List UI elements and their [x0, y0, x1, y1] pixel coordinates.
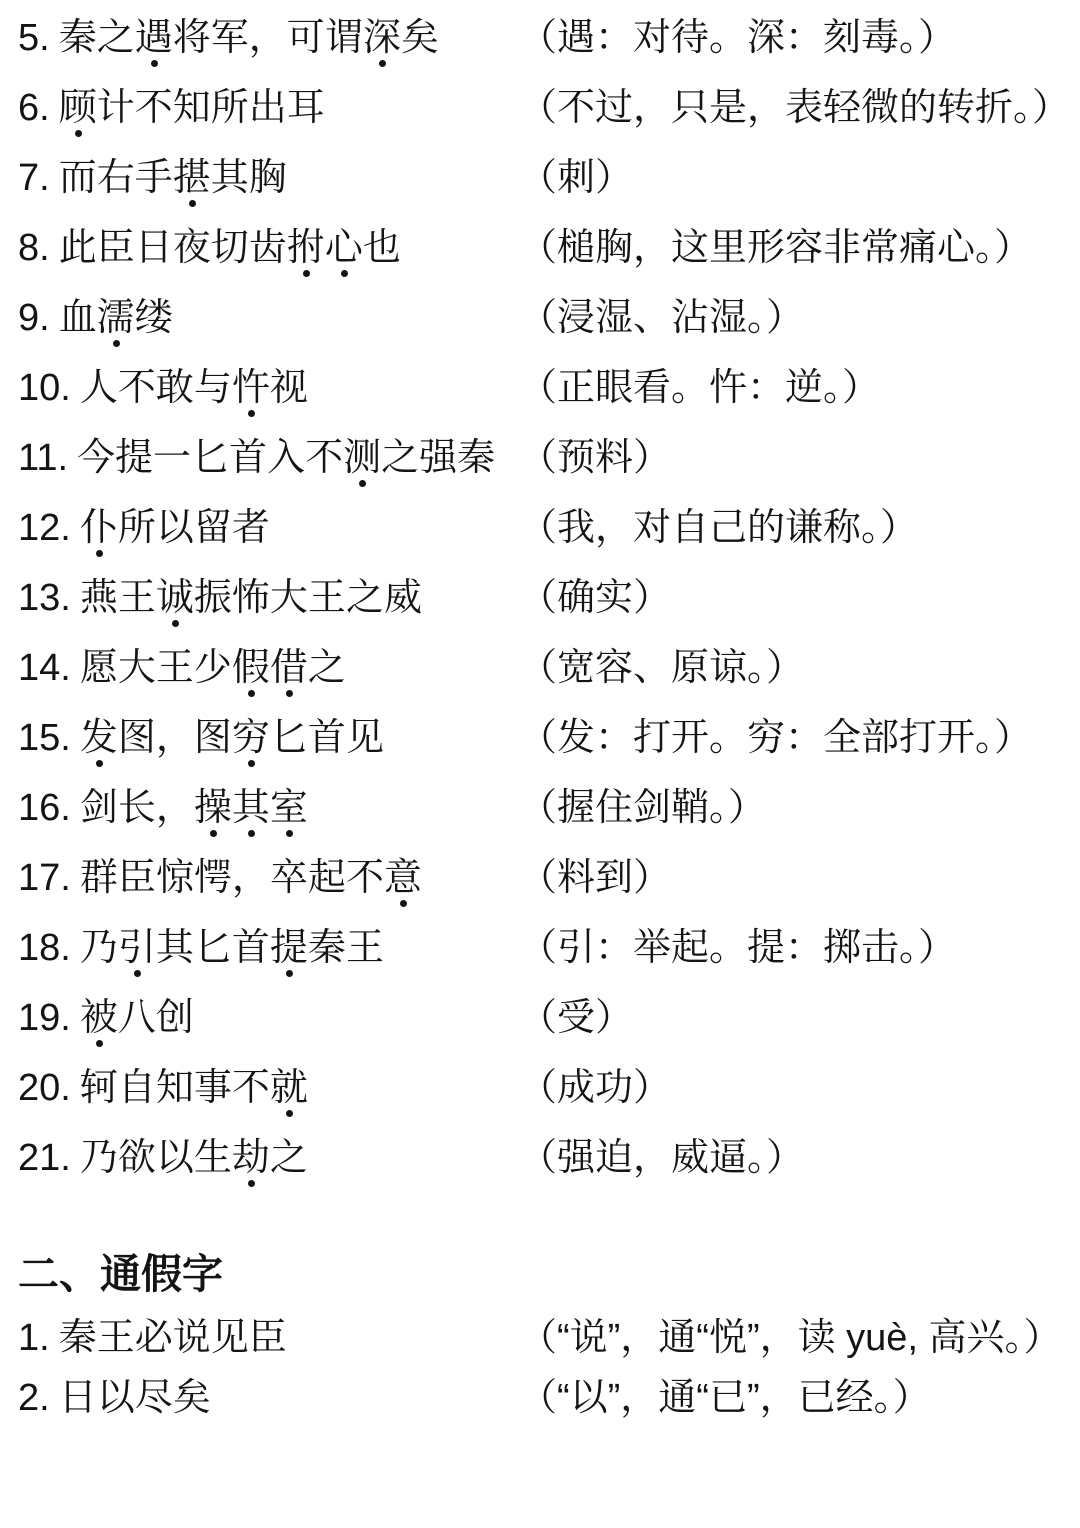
- emphasized-char: 操: [194, 786, 232, 830]
- entry-row: 11.今提一匕首入不测之强秦（预料）: [18, 436, 1064, 480]
- entry-lead: 13.燕王诚振怖大王之威: [18, 576, 519, 620]
- entry-lead: 11.今提一匕首入不测之强秦: [18, 436, 519, 480]
- entry-note: （成功）: [519, 1067, 671, 1109]
- emphasized-char: 提: [270, 926, 308, 970]
- entry-number: 9.: [18, 296, 50, 340]
- entry-lead: 1.秦王必说见臣: [18, 1308, 519, 1368]
- emphasized-char: 假: [232, 646, 270, 690]
- entry-note: （正眼看。忤：逆。）: [519, 367, 880, 409]
- entry-phrase: 血濡缕: [59, 297, 173, 339]
- entry-number: 10.: [18, 366, 71, 410]
- entry-number: 17.: [18, 856, 71, 900]
- entry-phrase: 乃欲以生劫之: [80, 1137, 308, 1179]
- entry-note: （遇：对待。深：刻毒。）: [519, 17, 956, 59]
- entry-phrase: 燕王诚振怖大王之威: [80, 577, 422, 619]
- entry-note: （握住剑鞘。）: [519, 787, 766, 829]
- entry-number: 5.: [18, 16, 50, 60]
- emphasized-char: 借: [270, 646, 308, 690]
- entry-lead: 12.仆所以留者: [18, 506, 519, 550]
- emphasized-char: 意: [384, 856, 422, 900]
- entry-row: 16.剑长，操其室（握住剑鞘。）: [18, 786, 1064, 830]
- entry-row: 10.人不敢与忤视（正眼看。忤：逆。）: [18, 366, 1064, 410]
- entry-number: 18.: [18, 926, 71, 970]
- entry-lead: 21.乃欲以生劫之: [18, 1136, 519, 1180]
- entry-note: （刺）: [519, 157, 633, 199]
- emphasized-char: 拊: [287, 226, 325, 270]
- entry-number: 19.: [18, 996, 71, 1040]
- entry-number: 1.: [18, 1308, 50, 1368]
- entry-note: （强迫，威逼。）: [519, 1137, 804, 1179]
- entry-row: 7.而右手揕其胸（刺）: [18, 156, 1064, 200]
- entry-row: 21.乃欲以生劫之（强迫，威逼。）: [18, 1136, 1064, 1180]
- emphasized-char: 被: [80, 996, 118, 1040]
- entry-phrase: 此臣日夜切齿拊心也: [59, 227, 401, 269]
- entry-phrase: 发图，图穷匕首见: [80, 717, 384, 759]
- entry-number: 6.: [18, 86, 50, 130]
- entry-row: 18.乃引其匕首提秦王（引：举起。提：掷击。）: [18, 926, 1064, 970]
- emphasized-char: 劫: [232, 1136, 270, 1180]
- entry-number: 2.: [18, 1368, 50, 1428]
- entry-phrase: 群臣惊愕，卒起不意: [80, 857, 422, 899]
- entry-note: （引：举起。提：掷击。）: [519, 927, 956, 969]
- entry-note: （确实）: [519, 577, 671, 619]
- entry-number: 16.: [18, 786, 71, 830]
- emphasized-char: 心: [325, 226, 363, 270]
- entry-phrase: 轲自知事不就: [80, 1067, 308, 1109]
- entry-phrase: 仆所以留者: [80, 507, 270, 549]
- entry-lead: 18.乃引其匕首提秦王: [18, 926, 519, 970]
- entry-lead: 16.剑长，操其室: [18, 786, 519, 830]
- entry-row: 8.此臣日夜切齿拊心也（槌胸，这里形容非常痛心。）: [18, 226, 1064, 270]
- entry-list: 5.秦之遇将军，可谓深矣（遇：对待。深：刻毒。）6.顾计不知所出耳（不过，只是，…: [18, 16, 1064, 1180]
- emphasized-char: 深: [363, 16, 401, 60]
- entry-note: （我，对自己的谦称。）: [519, 507, 918, 549]
- emphasized-char: 濡: [97, 296, 135, 340]
- entry-lead: 19.被八创: [18, 996, 519, 1040]
- entry-row: 5.秦之遇将军，可谓深矣（遇：对待。深：刻毒。）: [18, 16, 1064, 60]
- entry-row: 6.顾计不知所出耳（不过，只是，表轻微的转折。）: [18, 86, 1064, 130]
- entry-number: 8.: [18, 226, 50, 270]
- entry-row: 17.群臣惊愕，卒起不意（料到）: [18, 856, 1064, 900]
- entry-lead: 9.血濡缕: [18, 296, 519, 340]
- emphasized-char: 顾: [59, 86, 97, 130]
- emphasized-char: 诚: [156, 576, 194, 620]
- entry-note: （料到）: [519, 857, 671, 899]
- entry-row: 20.轲自知事不就（成功）: [18, 1066, 1064, 1110]
- entry-note: （宽容、原谅。）: [519, 647, 804, 689]
- entry-list: 1.秦王必说见臣（“说”，通“悦”，读 yuè, 高兴。）2.日以尽矣（“以”，…: [18, 1308, 1064, 1428]
- entry-number: 12.: [18, 506, 71, 550]
- entry-note: （不过，只是，表轻微的转折。）: [519, 87, 1070, 129]
- emphasized-char: 忤: [232, 366, 270, 410]
- section-tongjiazi: 二、通假字 1.秦王必说见臣（“说”，通“悦”，读 yuè, 高兴。）2.日以尽…: [18, 1250, 1064, 1428]
- entry-lead: 2.日以尽矣: [18, 1368, 519, 1428]
- entry-phrase: 日以尽矣: [59, 1377, 211, 1419]
- entry-phrase: 乃引其匕首提秦王: [80, 927, 384, 969]
- emphasized-char: 穷: [232, 716, 270, 760]
- entry-number: 15.: [18, 716, 71, 760]
- entry-note: （“说”，通“悦”，读 yuè, 高兴。）: [519, 1317, 1062, 1359]
- section-word-explanations: 5.秦之遇将军，可谓深矣（遇：对待。深：刻毒。）6.顾计不知所出耳（不过，只是，…: [18, 16, 1064, 1180]
- section-heading: 二、通假字: [18, 1250, 1064, 1298]
- entry-note: （槌胸，这里形容非常痛心。）: [519, 227, 1032, 269]
- entry-row: 14.愿大王少假借之（宽容、原谅。）: [18, 646, 1064, 690]
- study-notes-page: 5.秦之遇将军，可谓深矣（遇：对待。深：刻毒。）6.顾计不知所出耳（不过，只是，…: [0, 0, 1080, 1428]
- entry-phrase: 秦之遇将军，可谓深矣: [59, 17, 439, 59]
- emphasized-char: 仆: [80, 506, 118, 550]
- entry-note: （“以”，通“已”，已经。）: [519, 1377, 931, 1419]
- emphasized-char: 发: [80, 716, 118, 760]
- entry-note: （受）: [519, 997, 633, 1039]
- entry-phrase: 剑长，操其室: [80, 787, 308, 829]
- entry-phrase: 人不敢与忤视: [80, 367, 308, 409]
- emphasized-char: 揕: [173, 156, 211, 200]
- entry-phrase: 愿大王少假借之: [80, 647, 346, 689]
- emphasized-char: 引: [118, 926, 156, 970]
- entry-row: 15.发图，图穷匕首见（发：打开。穷：全部打开。）: [18, 716, 1064, 760]
- entry-lead: 15.发图，图穷匕首见: [18, 716, 519, 760]
- emphasized-char: 遇: [135, 16, 173, 60]
- entry-lead: 8.此臣日夜切齿拊心也: [18, 226, 519, 270]
- entry-number: 13.: [18, 576, 71, 620]
- entry-lead: 7.而右手揕其胸: [18, 156, 519, 200]
- entry-lead: 14.愿大王少假借之: [18, 646, 519, 690]
- entry-phrase: 秦王必说见臣: [59, 1317, 287, 1359]
- entry-row: 13.燕王诚振怖大王之威（确实）: [18, 576, 1064, 620]
- entry-row: 1.秦王必说见臣（“说”，通“悦”，读 yuè, 高兴。）: [18, 1308, 1064, 1368]
- entry-phrase: 而右手揕其胸: [59, 157, 287, 199]
- entry-number: 7.: [18, 156, 50, 200]
- entry-note: （发：打开。穷：全部打开。）: [519, 717, 1032, 759]
- entry-phrase: 今提一匕首入不测之强秦: [77, 437, 495, 479]
- entry-row: 12.仆所以留者（我，对自己的谦称。）: [18, 506, 1064, 550]
- entry-lead: 10.人不敢与忤视: [18, 366, 519, 410]
- entry-row: 19.被八创（受）: [18, 996, 1064, 1040]
- entry-number: 11.: [18, 436, 68, 480]
- entry-number: 14.: [18, 646, 71, 690]
- entry-note: （浸湿、沾湿。）: [519, 297, 804, 339]
- entry-lead: 5.秦之遇将军，可谓深矣: [18, 16, 519, 60]
- entry-row: 2.日以尽矣（“以”，通“已”，已经。）: [18, 1368, 1064, 1428]
- emphasized-char: 测: [343, 436, 381, 480]
- emphasized-char: 就: [270, 1066, 308, 1110]
- entry-row: 9.血濡缕（浸湿、沾湿。）: [18, 296, 1064, 340]
- entry-phrase: 被八创: [80, 997, 194, 1039]
- emphasized-char: 室: [270, 786, 308, 830]
- entry-number: 20.: [18, 1066, 71, 1110]
- entry-number: 21.: [18, 1136, 71, 1180]
- entry-lead: 20.轲自知事不就: [18, 1066, 519, 1110]
- entry-phrase: 顾计不知所出耳: [59, 87, 325, 129]
- entry-lead: 17.群臣惊愕，卒起不意: [18, 856, 519, 900]
- entry-note: （预料）: [519, 437, 671, 479]
- entry-lead: 6.顾计不知所出耳: [18, 86, 519, 130]
- emphasized-char: 其: [232, 786, 270, 830]
